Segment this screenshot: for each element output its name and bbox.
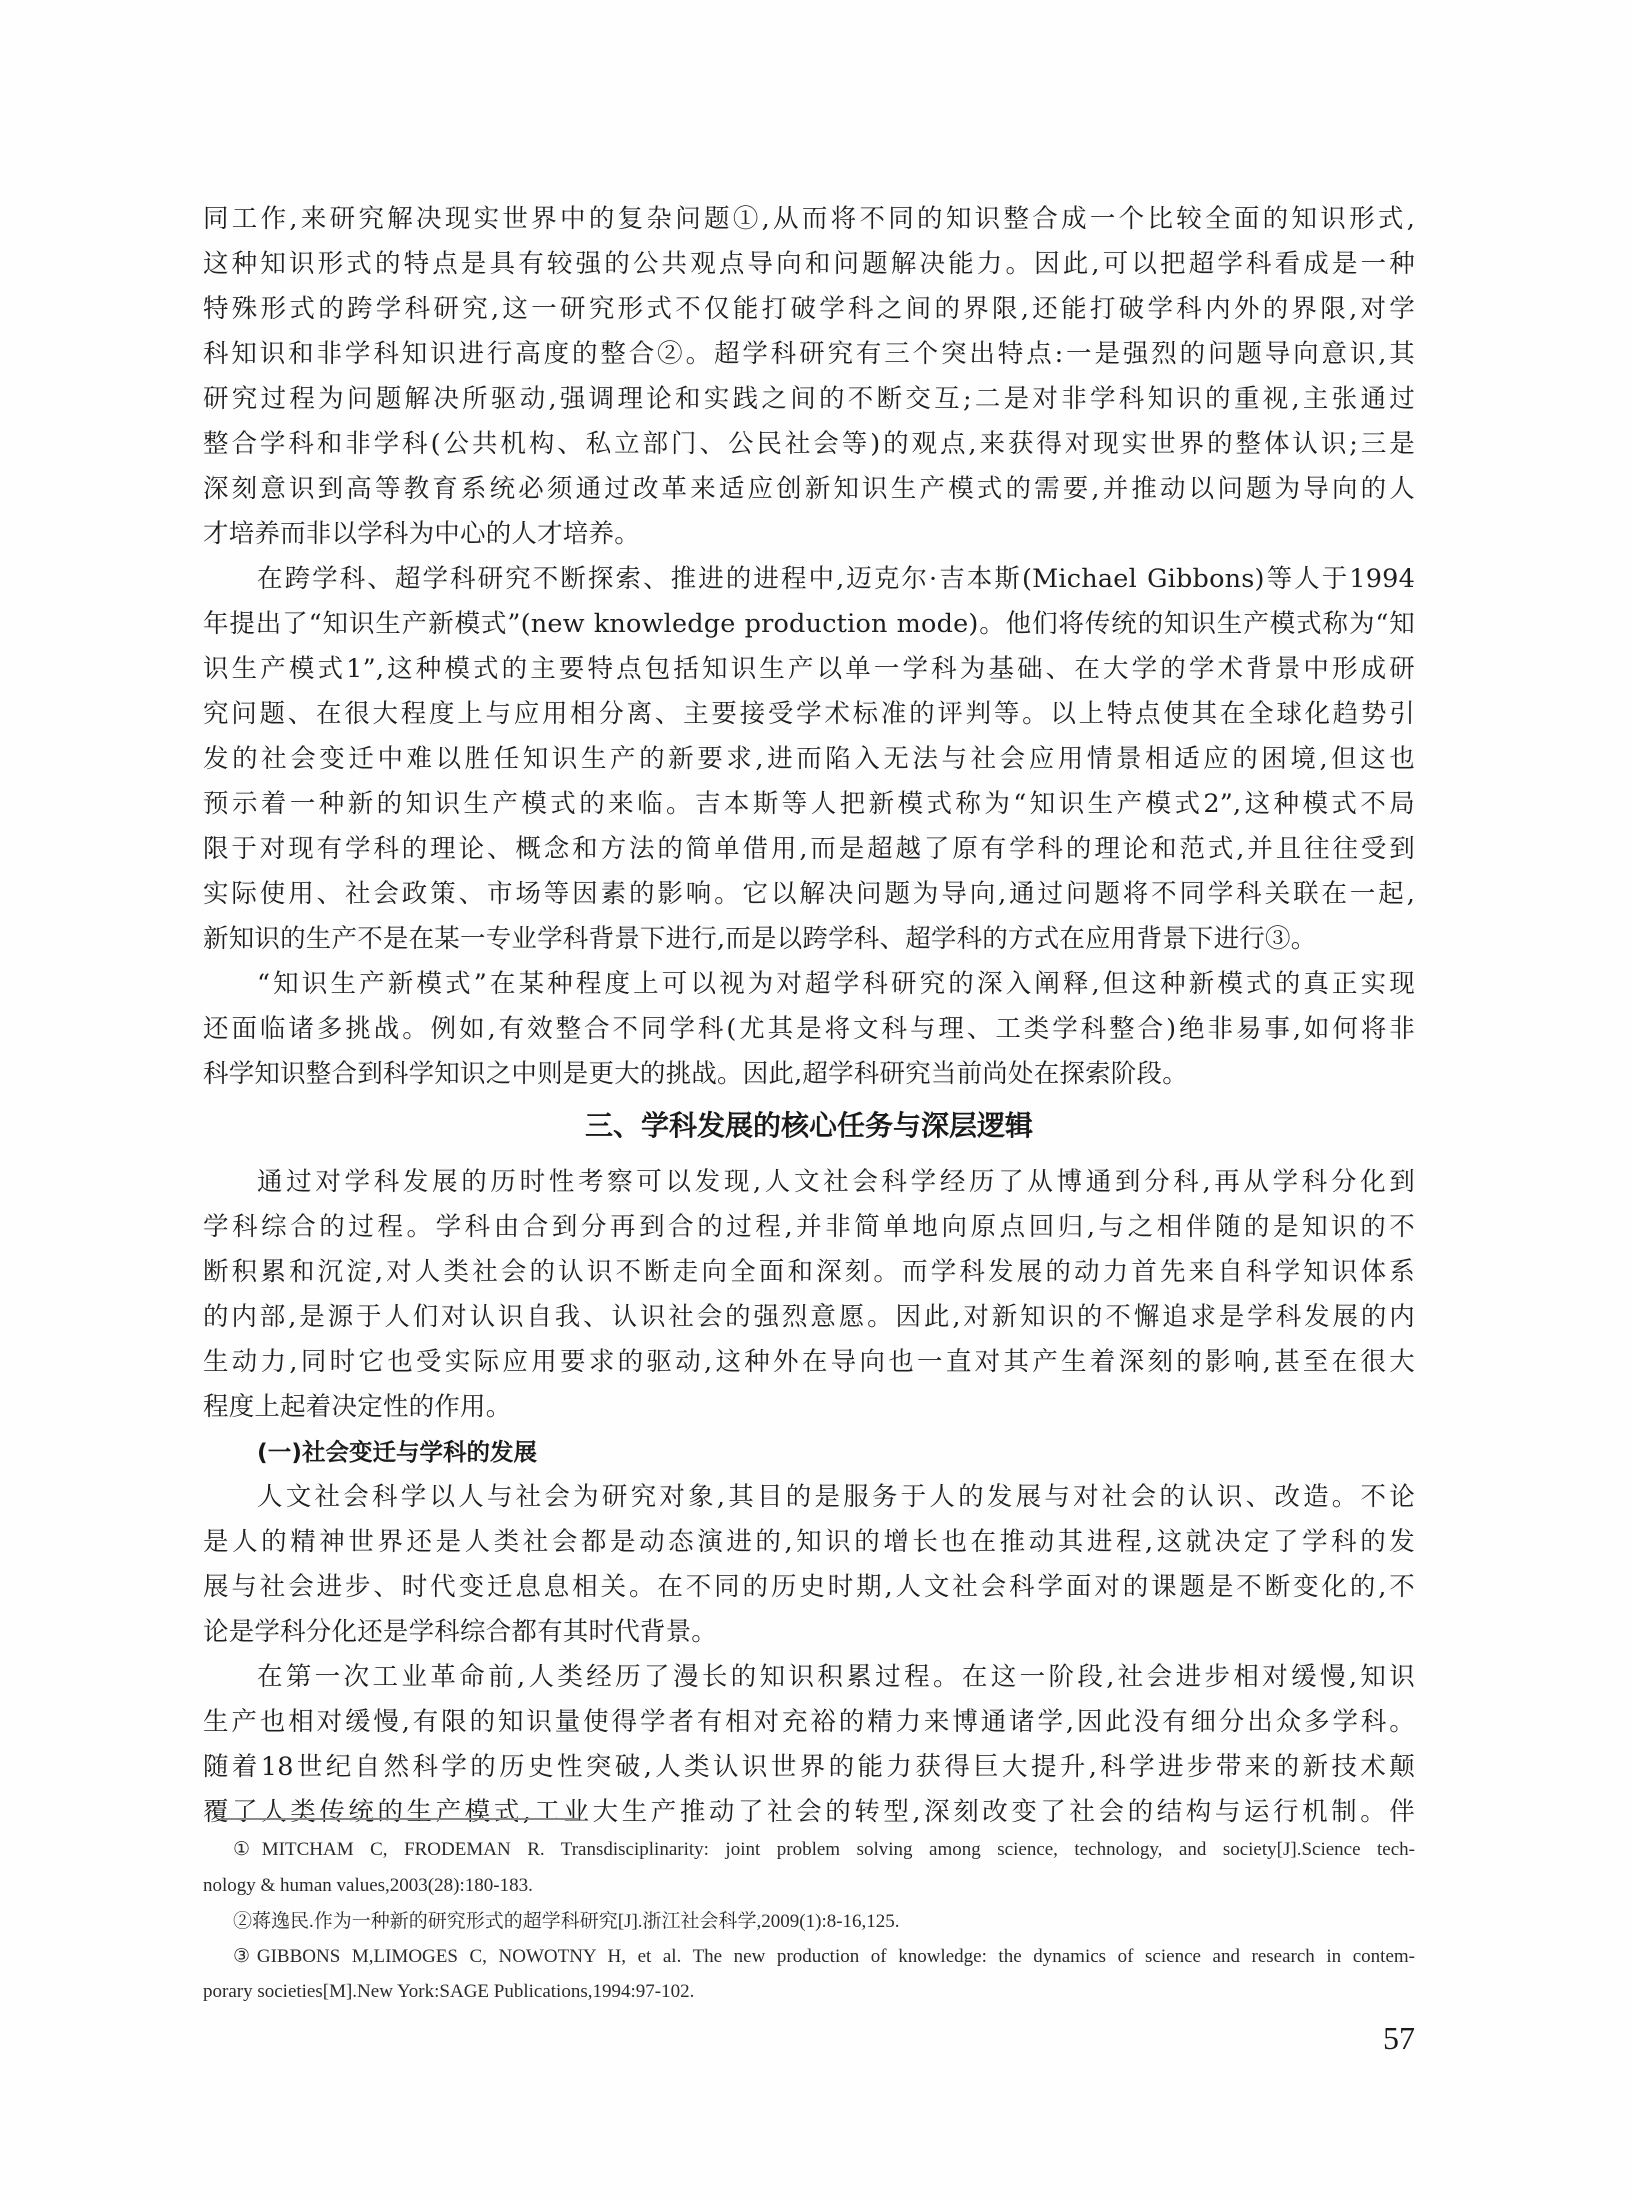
text-line: 还面临诸多挑战。例如,有效整合不同学科(尤其是将文科与理、工类学科整合)绝非易事…: [203, 1007, 1415, 1052]
text-line: 实际使用、社会政策、市场等因素的影响。它以解决问题为导向,通过问题将不同学科关联…: [203, 872, 1415, 917]
footnote-divider: [220, 1818, 578, 1820]
text-line: 的内部,是源于人们对认识自我、认识社会的强烈意愿。因此,对新知识的不懈追求是学科…: [203, 1295, 1415, 1340]
text-line: 论是学科分化还是学科综合都有其时代背景。: [203, 1610, 1415, 1655]
text-line: 是人的精神世界还是人类社会都是动态演进的,知识的增长也在推动其进程,这就决定了学…: [203, 1520, 1415, 1565]
text-line: 这种知识形式的特点是具有较强的公共观点导向和问题解决能力。因此,可以把超学科看成…: [203, 242, 1415, 287]
text-line: 深刻意识到高等教育系统必须通过改革来适应创新知识生产模式的需要,并推动以问题为导…: [203, 467, 1415, 512]
text-line: 学科综合的过程。学科由合到分再到合的过程,并非简单地向原点回归,与之相伴随的是知…: [203, 1205, 1415, 1250]
text-line: 生动力,同时它也受实际应用要求的驱动,这种外在导向也一直对其产生着深刻的影响,甚…: [203, 1340, 1415, 1385]
text-line: 断积累和沉淀,对人类社会的认识不断走向全面和深刻。而学科发展的动力首先来自科学知…: [203, 1250, 1415, 1295]
text-line: 展与社会进步、时代变迁息息相关。在不同的历史时期,人文社会科学面对的课题是不断变…: [203, 1565, 1415, 1610]
document-page: 同工作,来研究解决现实世界中的复杂问题①,从而将不同的知识整合成一个比较全面的知…: [0, 0, 1632, 2199]
text-line: 才培养而非以学科为中心的人才培养。: [203, 512, 1415, 557]
text-line: 究问题、在很大程度上与应用相分离、主要接受学术标准的评判等。以上特点使其在全球化…: [203, 692, 1415, 737]
subsection-heading: (一)社会变迁与学科的发展: [257, 1432, 537, 1472]
text-line: 发的社会变迁中难以胜任知识生产的新要求,进而陷入无法与社会应用情景相适应的困境,…: [203, 737, 1415, 782]
text-line: 在跨学科、超学科研究不断探索、推进的进程中,迈克尔·吉本斯(Michael Gi…: [203, 557, 1415, 602]
text-line: 科知识和非学科知识进行高度的整合②。超学科研究有三个突出特点:一是强烈的问题导向…: [203, 332, 1415, 377]
footnote-line: ①MITCHAM C, FRODEMAN R. Transdisciplinar…: [203, 1832, 1415, 1868]
text-line: 同工作,来研究解决现实世界中的复杂问题①,从而将不同的知识整合成一个比较全面的知…: [203, 197, 1415, 242]
text-line: 限于对现有学科的理论、概念和方法的简单借用,而是超越了原有学科的理论和范式,并且…: [203, 827, 1415, 872]
text-line: 预示着一种新的知识生产模式的来临。吉本斯等人把新模式称为“知识生产模式2”,这种…: [203, 782, 1415, 827]
text-line: 新知识的生产不是在某一专业学科背景下进行,而是以跨学科、超学科的方式在应用背景下…: [203, 917, 1415, 962]
section-heading: 三、学科发展的核心任务与深层逻辑: [203, 1104, 1415, 1148]
footnote-line: porary societies[M].New York:SAGE Public…: [203, 1974, 1415, 2010]
footnote-line: nology & human values,2003(28):180-183.: [203, 1868, 1415, 1904]
text-line: 年提出了“知识生产新模式”(new knowledge production m…: [203, 602, 1415, 647]
text-line: 特殊形式的跨学科研究,这一研究形式不仅能打破学科之间的界限,还能打破学科内外的界…: [203, 287, 1415, 332]
page-number: 57: [1383, 2020, 1415, 2057]
text-line: 随着18世纪自然科学的历史性突破,人类认识世界的能力获得巨大提升,科学进步带来的…: [203, 1745, 1415, 1790]
text-line: 研究过程为问题解决所驱动,强调理论和实践之间的不断交互;二是对非学科知识的重视,…: [203, 377, 1415, 422]
text-line: 生产也相对缓慢,有限的知识量使得学者有相对充裕的精力来博通诸学,因此没有细分出众…: [203, 1700, 1415, 1745]
text-line: 覆了人类传统的生产模式,工业大生产推动了社会的转型,深刻改变了社会的结构与运行机…: [203, 1790, 1415, 1835]
text-line: 科学知识整合到科学知识之中则是更大的挑战。因此,超学科研究当前尚处在探索阶段。: [203, 1052, 1415, 1097]
text-line: 整合学科和非学科(公共机构、私立部门、公民社会等)的观点,来获得对现实世界的整体…: [203, 422, 1415, 467]
text-line: 人文社会科学以人与社会为研究对象,其目的是服务于人的发展与对社会的认识、改造。不…: [203, 1475, 1415, 1520]
text-line: “知识生产新模式”在某种程度上可以视为对超学科研究的深入阐释,但这种新模式的真正…: [203, 962, 1415, 1007]
footnote-line: ②蒋逸民.作为一种新的研究形式的超学科研究[J].浙江社会科学,2009(1):…: [203, 1904, 1415, 1940]
footnote-line: ③GIBBONS M,LIMOGES C, NOWOTNY H, et al. …: [203, 1939, 1415, 1975]
text-line: 在第一次工业革命前,人类经历了漫长的知识积累过程。在这一阶段,社会进步相对缓慢,…: [203, 1655, 1415, 1700]
text-line: 程度上起着决定性的作用。: [203, 1385, 1415, 1430]
text-line: 通过对学科发展的历时性考察可以发现,人文社会科学经历了从博通到分科,再从学科分化…: [203, 1160, 1415, 1205]
text-line: 识生产模式1”,这种模式的主要特点包括知识生产以单一学科为基础、在大学的学术背景…: [203, 647, 1415, 692]
